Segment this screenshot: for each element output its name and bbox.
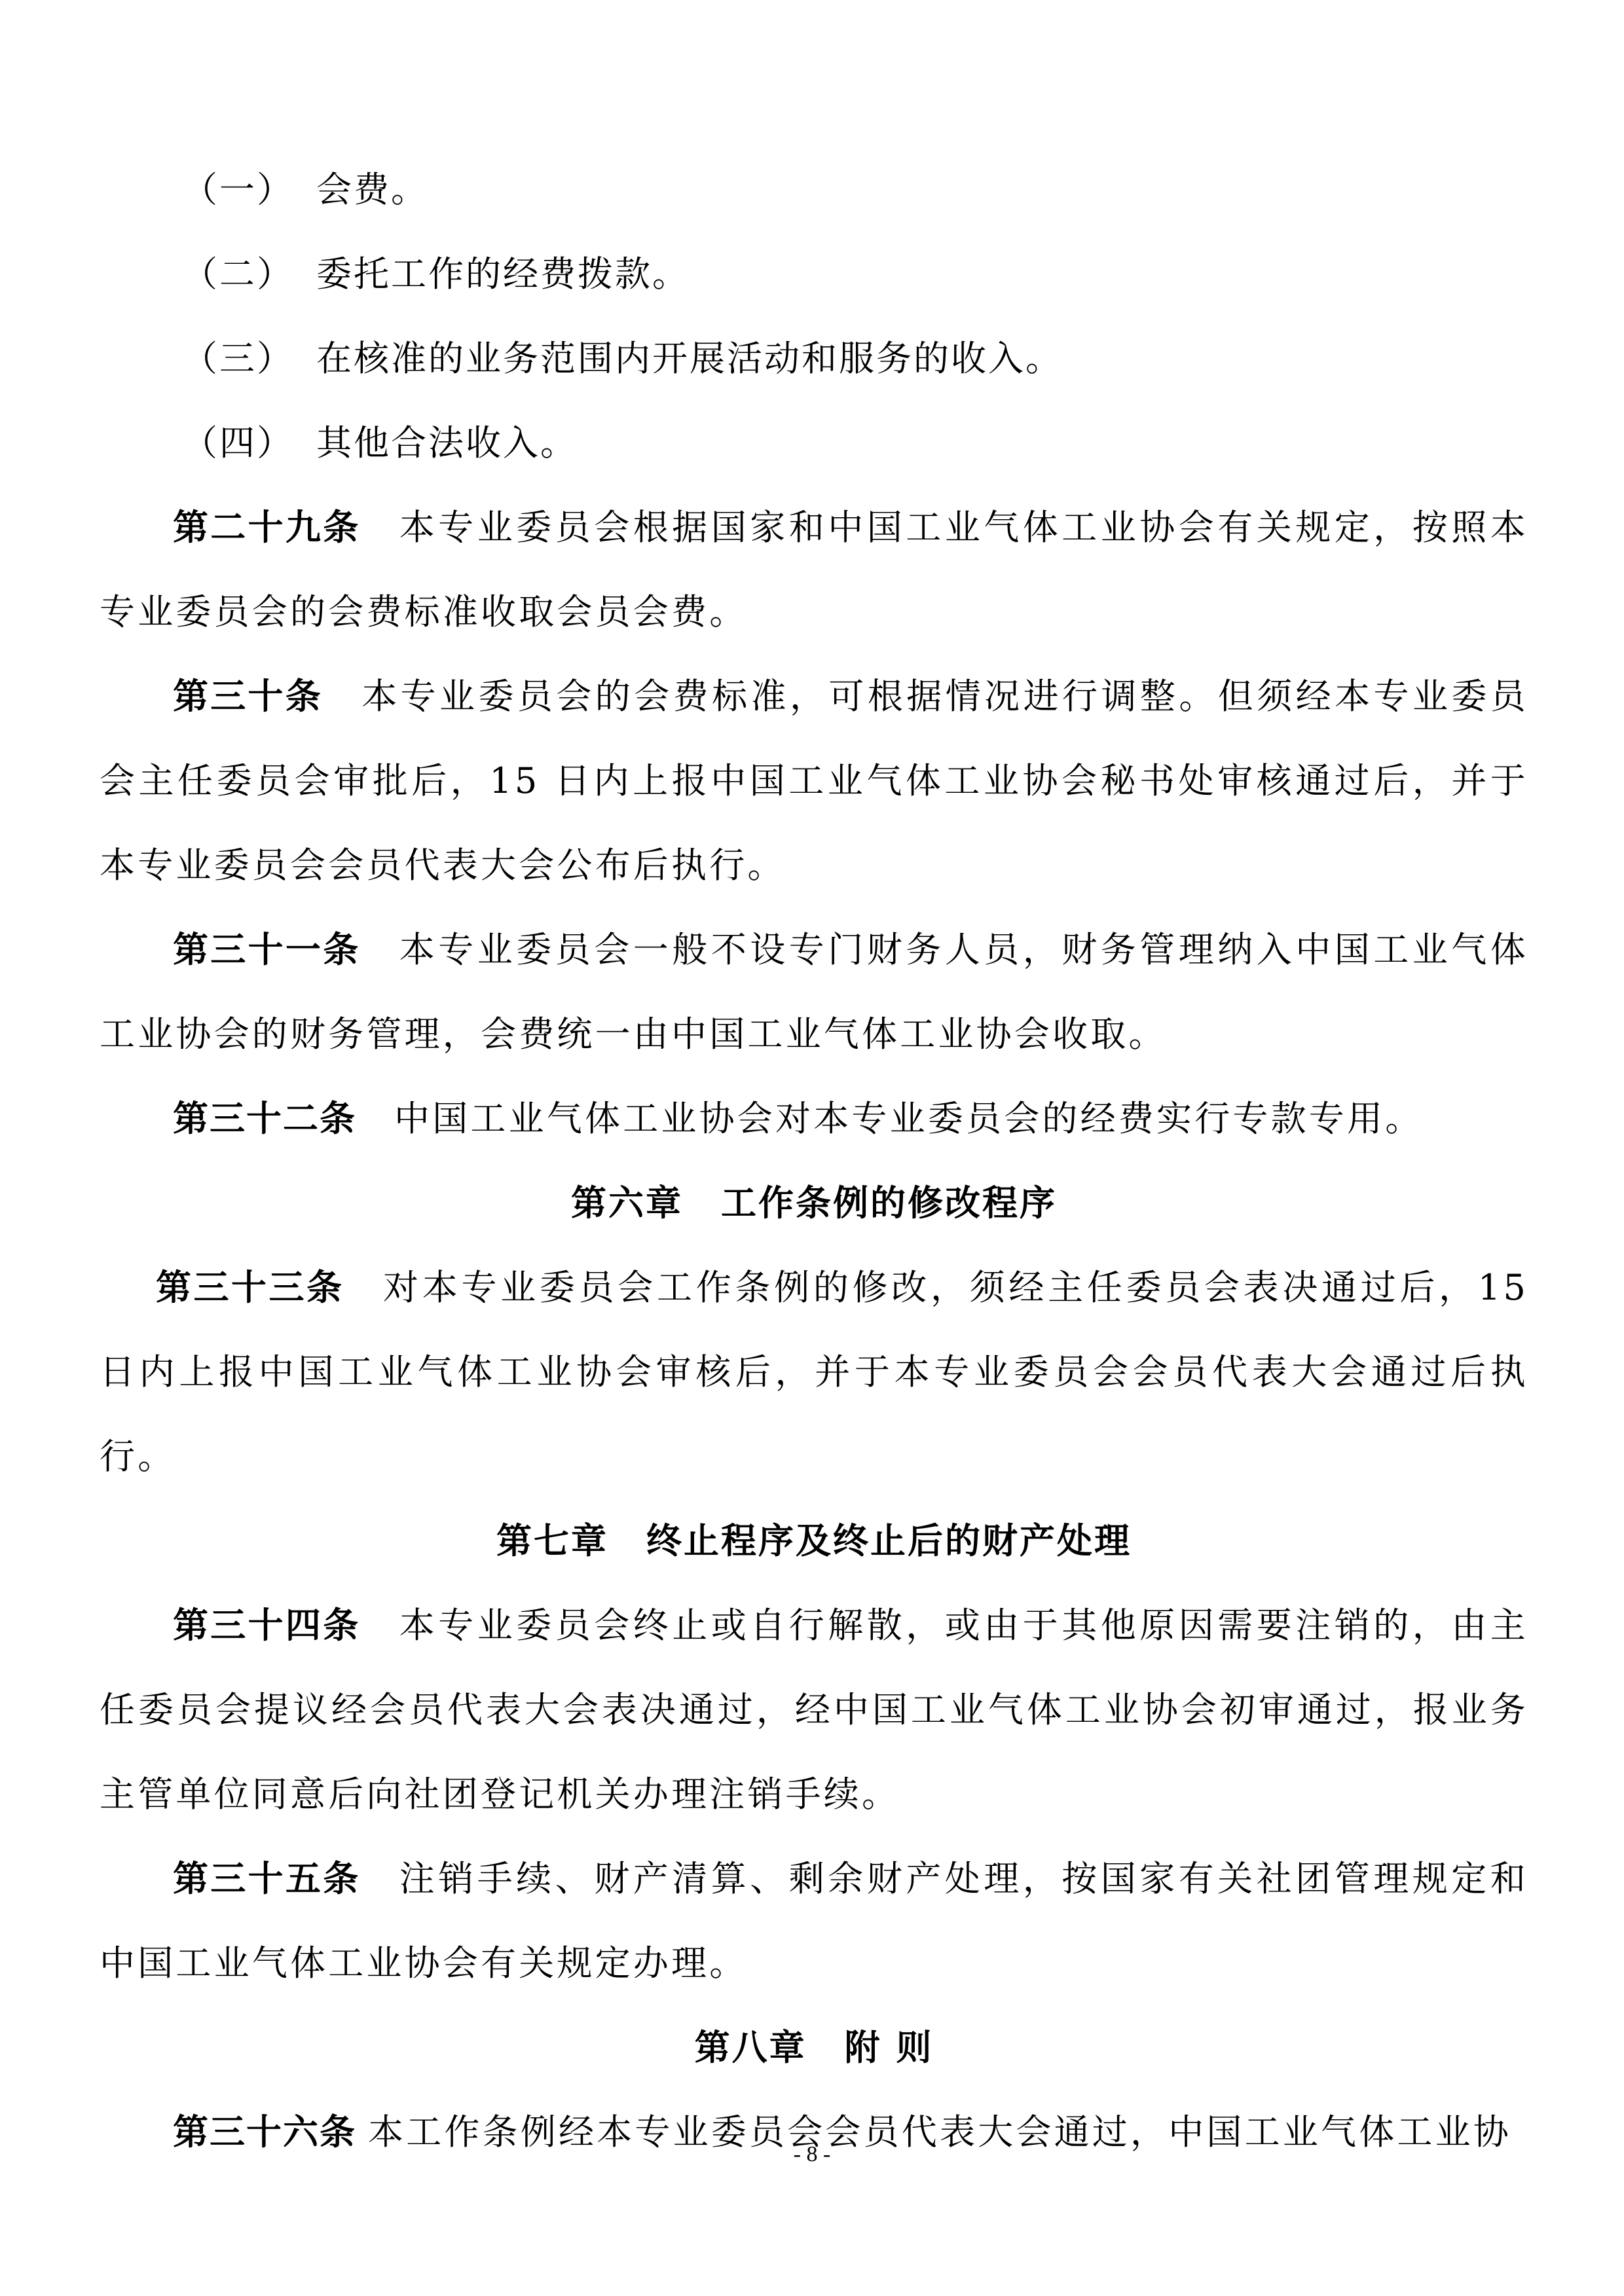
- chapter-number: 第七章: [496, 1520, 608, 1561]
- item-text: 委托工作的经费拨款。: [316, 253, 690, 295]
- article-30: 第三十条本专业委员会的会费标准，可根据情况进行调整。但须经本专业委员会主任委员会…: [100, 654, 1528, 907]
- article-number: 第三十三条: [156, 1267, 344, 1308]
- article-34: 第三十四条本专业委员会终止或自行解散，或由于其他原因需要注销的，由主任委员会提议…: [100, 1583, 1528, 1836]
- article-number: 第三十五条: [173, 1858, 361, 1899]
- chapter-heading-8: 第八章附 则: [100, 2005, 1528, 2090]
- list-item: （三）在核准的业务范围内开展活动和服务的收入。: [169, 316, 1530, 401]
- document-page: （一）会费。 （二）委托工作的经费拨款。 （三）在核准的业务范围内开展活动和服务…: [0, 0, 1624, 2296]
- item-enumerator: （一）: [182, 147, 316, 232]
- article-number: 第三十四条: [173, 1605, 361, 1646]
- item-enumerator: （三）: [182, 316, 316, 401]
- list-item: （四）其他合法收入。: [169, 401, 1530, 485]
- chapter-title: 工作条例的修改程序: [721, 1182, 1057, 1224]
- article-number: 第二十九条: [173, 507, 361, 548]
- article-text: 中国工业气体工业协会对本专业委员会的经费实行专款专用。: [394, 1098, 1423, 1139]
- list-item: （一）会费。: [169, 147, 1530, 232]
- item-text: 其他合法收入。: [316, 422, 578, 464]
- item-enumerator: （二）: [182, 232, 316, 316]
- chapter-title: 终止程序及终止后的财产处理: [646, 1520, 1132, 1561]
- chapter-heading-6: 第六章工作条例的修改程序: [100, 1161, 1528, 1245]
- article-31: 第三十一条本专业委员会一般不设专门财务人员，财务管理纳入中国工业气体工业协会的财…: [100, 907, 1528, 1076]
- article-33: 第三十三条对本专业委员会工作条例的修改，须经主任委员会表决通过后，15 日内上报…: [100, 1245, 1528, 1499]
- item-text: 会费。: [316, 169, 428, 210]
- chapter-title: 附 则: [845, 2027, 934, 2068]
- chapter-number: 第八章: [695, 2027, 807, 2068]
- article-29: 第二十九条本专业委员会根据国家和中国工业气体工业协会有关规定，按照本专业委员会的…: [100, 485, 1528, 654]
- article-number: 第三十条: [173, 676, 323, 717]
- list-item: （二）委托工作的经费拨款。: [169, 232, 1530, 316]
- chapter-number: 第六章: [571, 1182, 683, 1224]
- item-enumerator: （四）: [182, 401, 316, 485]
- chapter-heading-7: 第七章终止程序及终止后的财产处理: [100, 1499, 1528, 1583]
- article-number: 第三十一条: [173, 929, 361, 970]
- article-number: 第三十二条: [173, 1098, 356, 1139]
- item-text: 在核准的业务范围内开展活动和服务的收入。: [316, 338, 1063, 379]
- article-35: 第三十五条注销手续、财产清算、剩余财产处理，按国家有关社团管理规定和中国工业气体…: [100, 1836, 1528, 2005]
- page-number: - 8 -: [0, 2142, 1624, 2167]
- page-content: （一）会费。 （二）委托工作的经费拨款。 （三）在核准的业务范围内开展活动和服务…: [169, 147, 1530, 2174]
- article-32: 第三十二条中国工业气体工业协会对本专业委员会的经费实行专款专用。: [100, 1076, 1528, 1161]
